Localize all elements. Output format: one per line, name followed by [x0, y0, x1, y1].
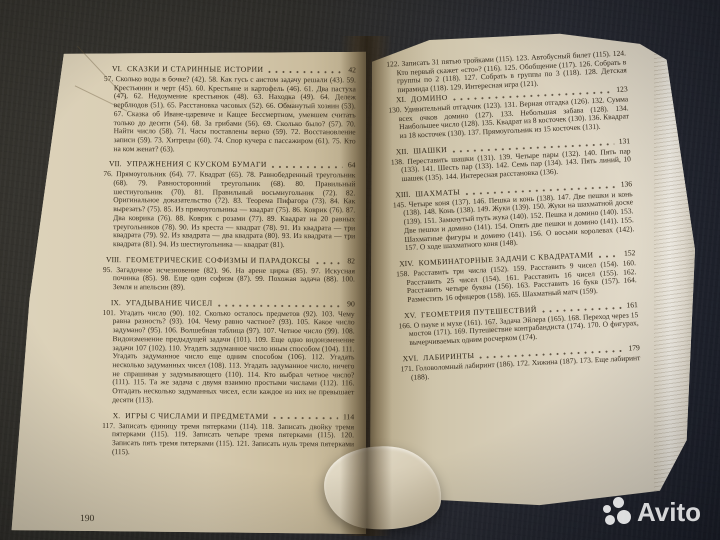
toc-chapter: XV. ГЕОМЕТРИЯ ПУТЕШЕСТВИЙ 161 166. О пау… [392, 300, 639, 349]
chapter-page-number: 152 [624, 248, 636, 259]
chapter-roman-numeral: IX. [97, 298, 121, 308]
logo-dot [617, 510, 631, 524]
logo-dot [613, 497, 624, 508]
chapter-header: X. ИГРЫ С ЧИСЛАМИ И ПРЕДМЕТАМИ 114 [96, 410, 354, 421]
logo-dot [603, 505, 611, 513]
toc-right-sections: XI. ДОМИНО 123 130. Удивительный отгадчи… [382, 84, 641, 383]
toc-chapter: XIII. ШАХМАТЫ 136 145. Четыре коня (137)… [386, 179, 635, 254]
toc-chapter: VI. СКАЗКИ И СТАРИННЫЕ ИСТОРИИ 42 57. Ск… [98, 64, 356, 155]
chapter-page-number: 82 [347, 256, 355, 266]
chapter-roman-numeral: XII. [384, 146, 408, 157]
chapter-annotations: 145. Четыре коня (137). 146. Пешка и кон… [393, 190, 635, 253]
toc-chapter: XVI. ЛАБИРИНТЫ 179 171. Головоломный лаб… [394, 343, 641, 383]
toc-chapter: X. ИГРЫ С ЧИСЛАМИ И ПРЕДМЕТАМИ 114 117. … [96, 410, 354, 457]
chapter-title: ГЕОМЕТРИЧЕСКИЕ СОФИЗМЫ И ПАРАДОКСЫ [126, 255, 311, 266]
chapter-page-number: 136 [621, 179, 633, 190]
chapter-annotations: 57. Сколько воды в бочке? (42). 58. Как … [104, 75, 356, 155]
chapter-annotations: 95. Загадочное исчезновение (82). 96. На… [103, 266, 355, 293]
book-photo: VI. СКАЗКИ И СТАРИННЫЕ ИСТОРИИ 42 57. Ск… [0, 0, 720, 540]
chapter-roman-numeral: VII. [97, 159, 121, 169]
chapter-page-number: 90 [347, 299, 355, 309]
toc-chapter: VIII. ГЕОМЕТРИЧЕСКИЕ СОФИЗМЫ И ПАРАДОКСЫ… [97, 255, 355, 293]
toc-chapter: IX. УГАДЫВАНИЕ ЧИСЕЛ 90 101. Угадать чис… [96, 298, 355, 406]
toc-chapter: XIV. КОМБИНАТОРНЫЕ ЗАДАЧИ С КВАДРАТАМИ 1… [389, 248, 637, 305]
dot-leader [272, 413, 338, 421]
chapter-roman-numeral: VIII. [97, 255, 121, 265]
toc-chapter: XII. ШАШКИ 131 138. Переставить шашки (1… [384, 136, 631, 185]
chapter-page-number: 123 [616, 84, 628, 95]
toc-chapter: VII. УПРАЖНЕНИЯ С КУСКОМ БУМАГИ 64 76. П… [97, 159, 355, 250]
chapter-title: УГАДЫВАНИЕ ЧИСЕЛ [126, 298, 213, 308]
chapter-annotations: 101. Угадать число (90). 102. Сколько ос… [102, 309, 354, 406]
chapter-title: СКАЗКИ И СТАРИННЫЕ ИСТОРИИ [127, 64, 264, 75]
chapter-page-number: 42 [348, 65, 356, 75]
chapter-annotations: 76. Прямоугольник (64). 77. Квадрат (65)… [103, 170, 355, 250]
chapter-page-number: 161 [626, 300, 638, 311]
avito-logo-icon [602, 497, 632, 526]
avito-watermark: Avito [602, 497, 701, 526]
chapter-page-number: 179 [628, 343, 640, 354]
chapter-roman-numeral: VI. [98, 64, 122, 74]
chapter-roman-numeral: X. [96, 410, 120, 420]
chapter-page-number: 131 [618, 136, 630, 147]
toc-left-column: VI. СКАЗКИ И СТАРИННЫЕ ИСТОРИИ 42 57. Ск… [96, 64, 356, 464]
page-number: 190 [80, 514, 94, 524]
chapter-annotations: 117. Записать единицу тремя пятерками (1… [102, 422, 354, 458]
page-fore-edge [654, 38, 700, 504]
chapter-page-number: 64 [348, 161, 356, 171]
chapter-title: ИГРЫ С ЧИСЛАМИ И ПРЕДМЕТАМИ [125, 411, 268, 422]
chapter-page-number: 114 [343, 412, 354, 422]
dot-leader [313, 258, 342, 266]
toc-right-column: 122. Записать 31 пятью тройками (115). 1… [380, 48, 641, 389]
logo-dot [605, 515, 615, 525]
watermark-text: Avito [637, 499, 701, 525]
